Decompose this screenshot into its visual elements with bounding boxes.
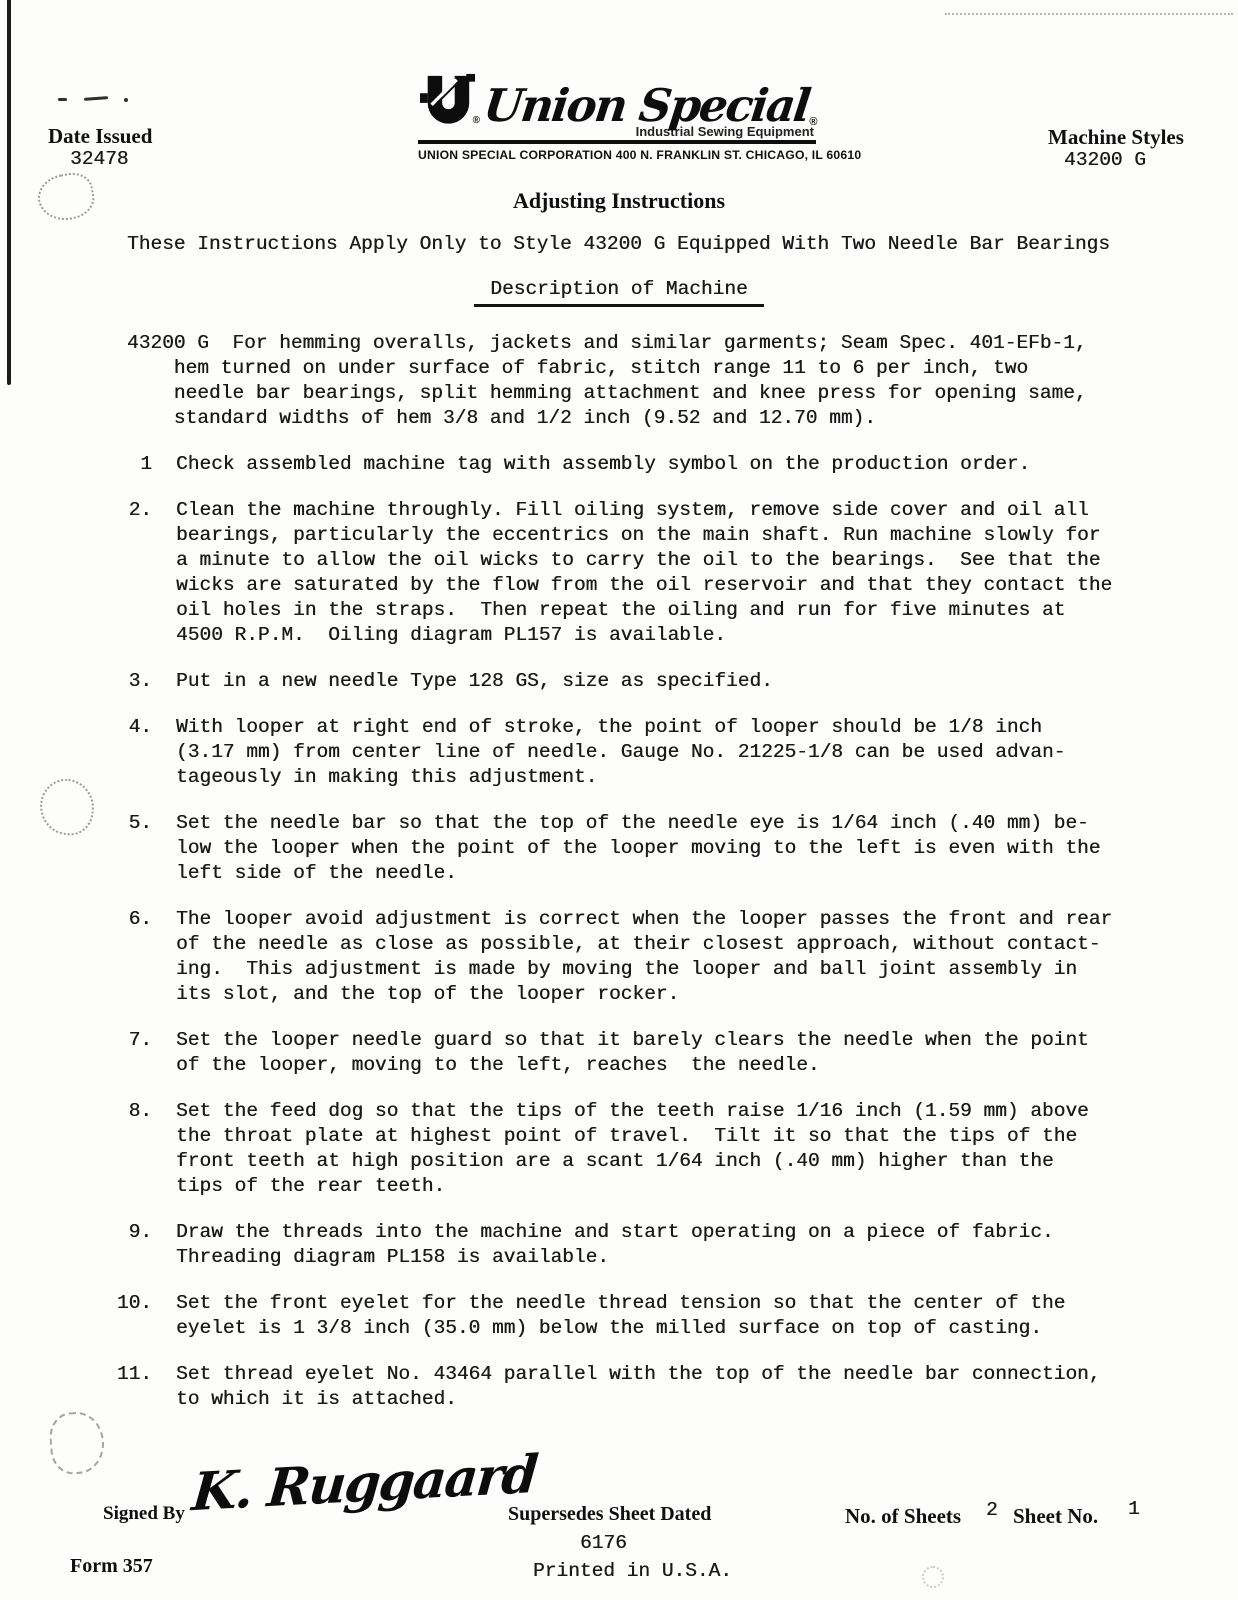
brand-script: Union Special® <box>481 83 821 128</box>
instruction-item: 9. Draw the threads into the machine and… <box>0 1220 1238 1270</box>
signed-by-label: Signed By <box>103 1503 185 1525</box>
applies-to-line: These Instructions Apply Only to Style 4… <box>127 232 1238 257</box>
machine-description: 43200 G For hemming overalls, jackets an… <box>127 331 1238 431</box>
item-text: Set the needle bar so that the top of th… <box>176 811 1100 886</box>
instruction-item: 2. Clean the machine throughly. Fill oil… <box>0 498 1238 648</box>
date-issued-label: Date Issued <box>48 124 152 149</box>
punch-hole <box>48 1410 106 1476</box>
scanned-document-page: Date Issued 32478 Machine Styles 43200 G… <box>0 0 1238 1600</box>
item-text: Set the feed dog so that the tips of the… <box>176 1099 1089 1199</box>
item-number: 8. <box>112 1099 152 1199</box>
item-text: Set the looper needle guard so that it b… <box>176 1028 1089 1078</box>
item-number: 7. <box>112 1028 152 1078</box>
instruction-item: 10. Set the front eyelet for the needle … <box>0 1291 1238 1341</box>
logo-address: UNION SPECIAL CORPORATION 400 N. FRANKLI… <box>418 148 816 162</box>
scan-artifact-smudge <box>922 1566 944 1588</box>
machine-styles-label: Machine Styles <box>1048 125 1184 150</box>
instruction-item: 8. Set the feed dog so that the tips of … <box>0 1099 1238 1199</box>
item-text: The looper avoid adjustment is correct w… <box>176 907 1112 1007</box>
item-number: 4. <box>112 715 152 790</box>
instruction-item: 6. The looper avoid adjustment is correc… <box>0 907 1238 1007</box>
supersedes-sheet-value: 6176 <box>580 1531 627 1556</box>
logo-rule <box>418 140 816 144</box>
item-number: 2. <box>112 498 152 648</box>
form-number-label: Form 357 <box>70 1555 153 1578</box>
item-number: 11. <box>112 1362 152 1412</box>
item-number: 5. <box>112 811 152 886</box>
instruction-item: 11. Set thread eyelet No. 43464 parallel… <box>0 1362 1238 1412</box>
instruction-item: 3. Put in a new needle Type 128 GS, size… <box>0 669 1238 694</box>
union-special-logo: ® Union Special® Industrial Sewing Equip… <box>418 72 816 162</box>
instruction-item: 4. With looper at right end of stroke, t… <box>0 715 1238 790</box>
item-text: Clean the machine throughly. Fill oiling… <box>176 498 1112 648</box>
supersedes-sheet-label: Supersedes Sheet Dated <box>508 1503 711 1526</box>
document-body: Adjusting Instructions These Instruction… <box>0 188 1238 1412</box>
instruction-item: 5. Set the needle bar so that the top of… <box>0 811 1238 886</box>
pen-marks <box>58 96 138 104</box>
signature: K. Ruggaard <box>190 1449 538 1519</box>
item-text: Check assembled machine tag with assembl… <box>176 452 1030 477</box>
section-heading: Description of Machine <box>474 277 763 307</box>
item-text: With looper at right end of stroke, the … <box>176 715 1065 790</box>
no-of-sheets-value: 2 <box>986 1498 998 1523</box>
item-text: Set thread eyelet No. 43464 parallel wit… <box>176 1362 1100 1412</box>
date-issued-value: 32478 <box>70 147 129 172</box>
item-text: Draw the threads into the machine and st… <box>176 1220 1054 1270</box>
registered-mark: ® <box>473 115 480 126</box>
instruction-item: 1 Check assembled machine tag with assem… <box>0 452 1238 477</box>
item-text: Set the front eyelet for the needle thre… <box>176 1291 1065 1341</box>
item-number: 9. <box>112 1220 152 1270</box>
sheet-no-value: 1 <box>1128 1497 1140 1522</box>
machine-styles-value: 43200 G <box>1064 148 1146 173</box>
item-number: 6. <box>112 907 152 1007</box>
sheet-no-label: Sheet No. <box>1013 1504 1098 1529</box>
item-number: 1 <box>112 452 152 477</box>
item-number: 3. <box>112 669 152 694</box>
item-text: Put in a new needle Type 128 GS, size as… <box>176 669 773 694</box>
scan-artifact-dotted-line <box>945 13 1233 15</box>
union-special-logo-mark-icon: ® <box>418 72 476 128</box>
item-number: 10. <box>112 1291 152 1341</box>
instruction-item: 7. Set the looper needle guard so that i… <box>0 1028 1238 1078</box>
printed-in-usa-label: Printed in U.S.A. <box>533 1559 732 1584</box>
no-of-sheets-label: No. of Sheets <box>845 1504 961 1529</box>
page-title: Adjusting Instructions <box>0 188 1238 214</box>
registered-mark: ® <box>809 117 817 128</box>
